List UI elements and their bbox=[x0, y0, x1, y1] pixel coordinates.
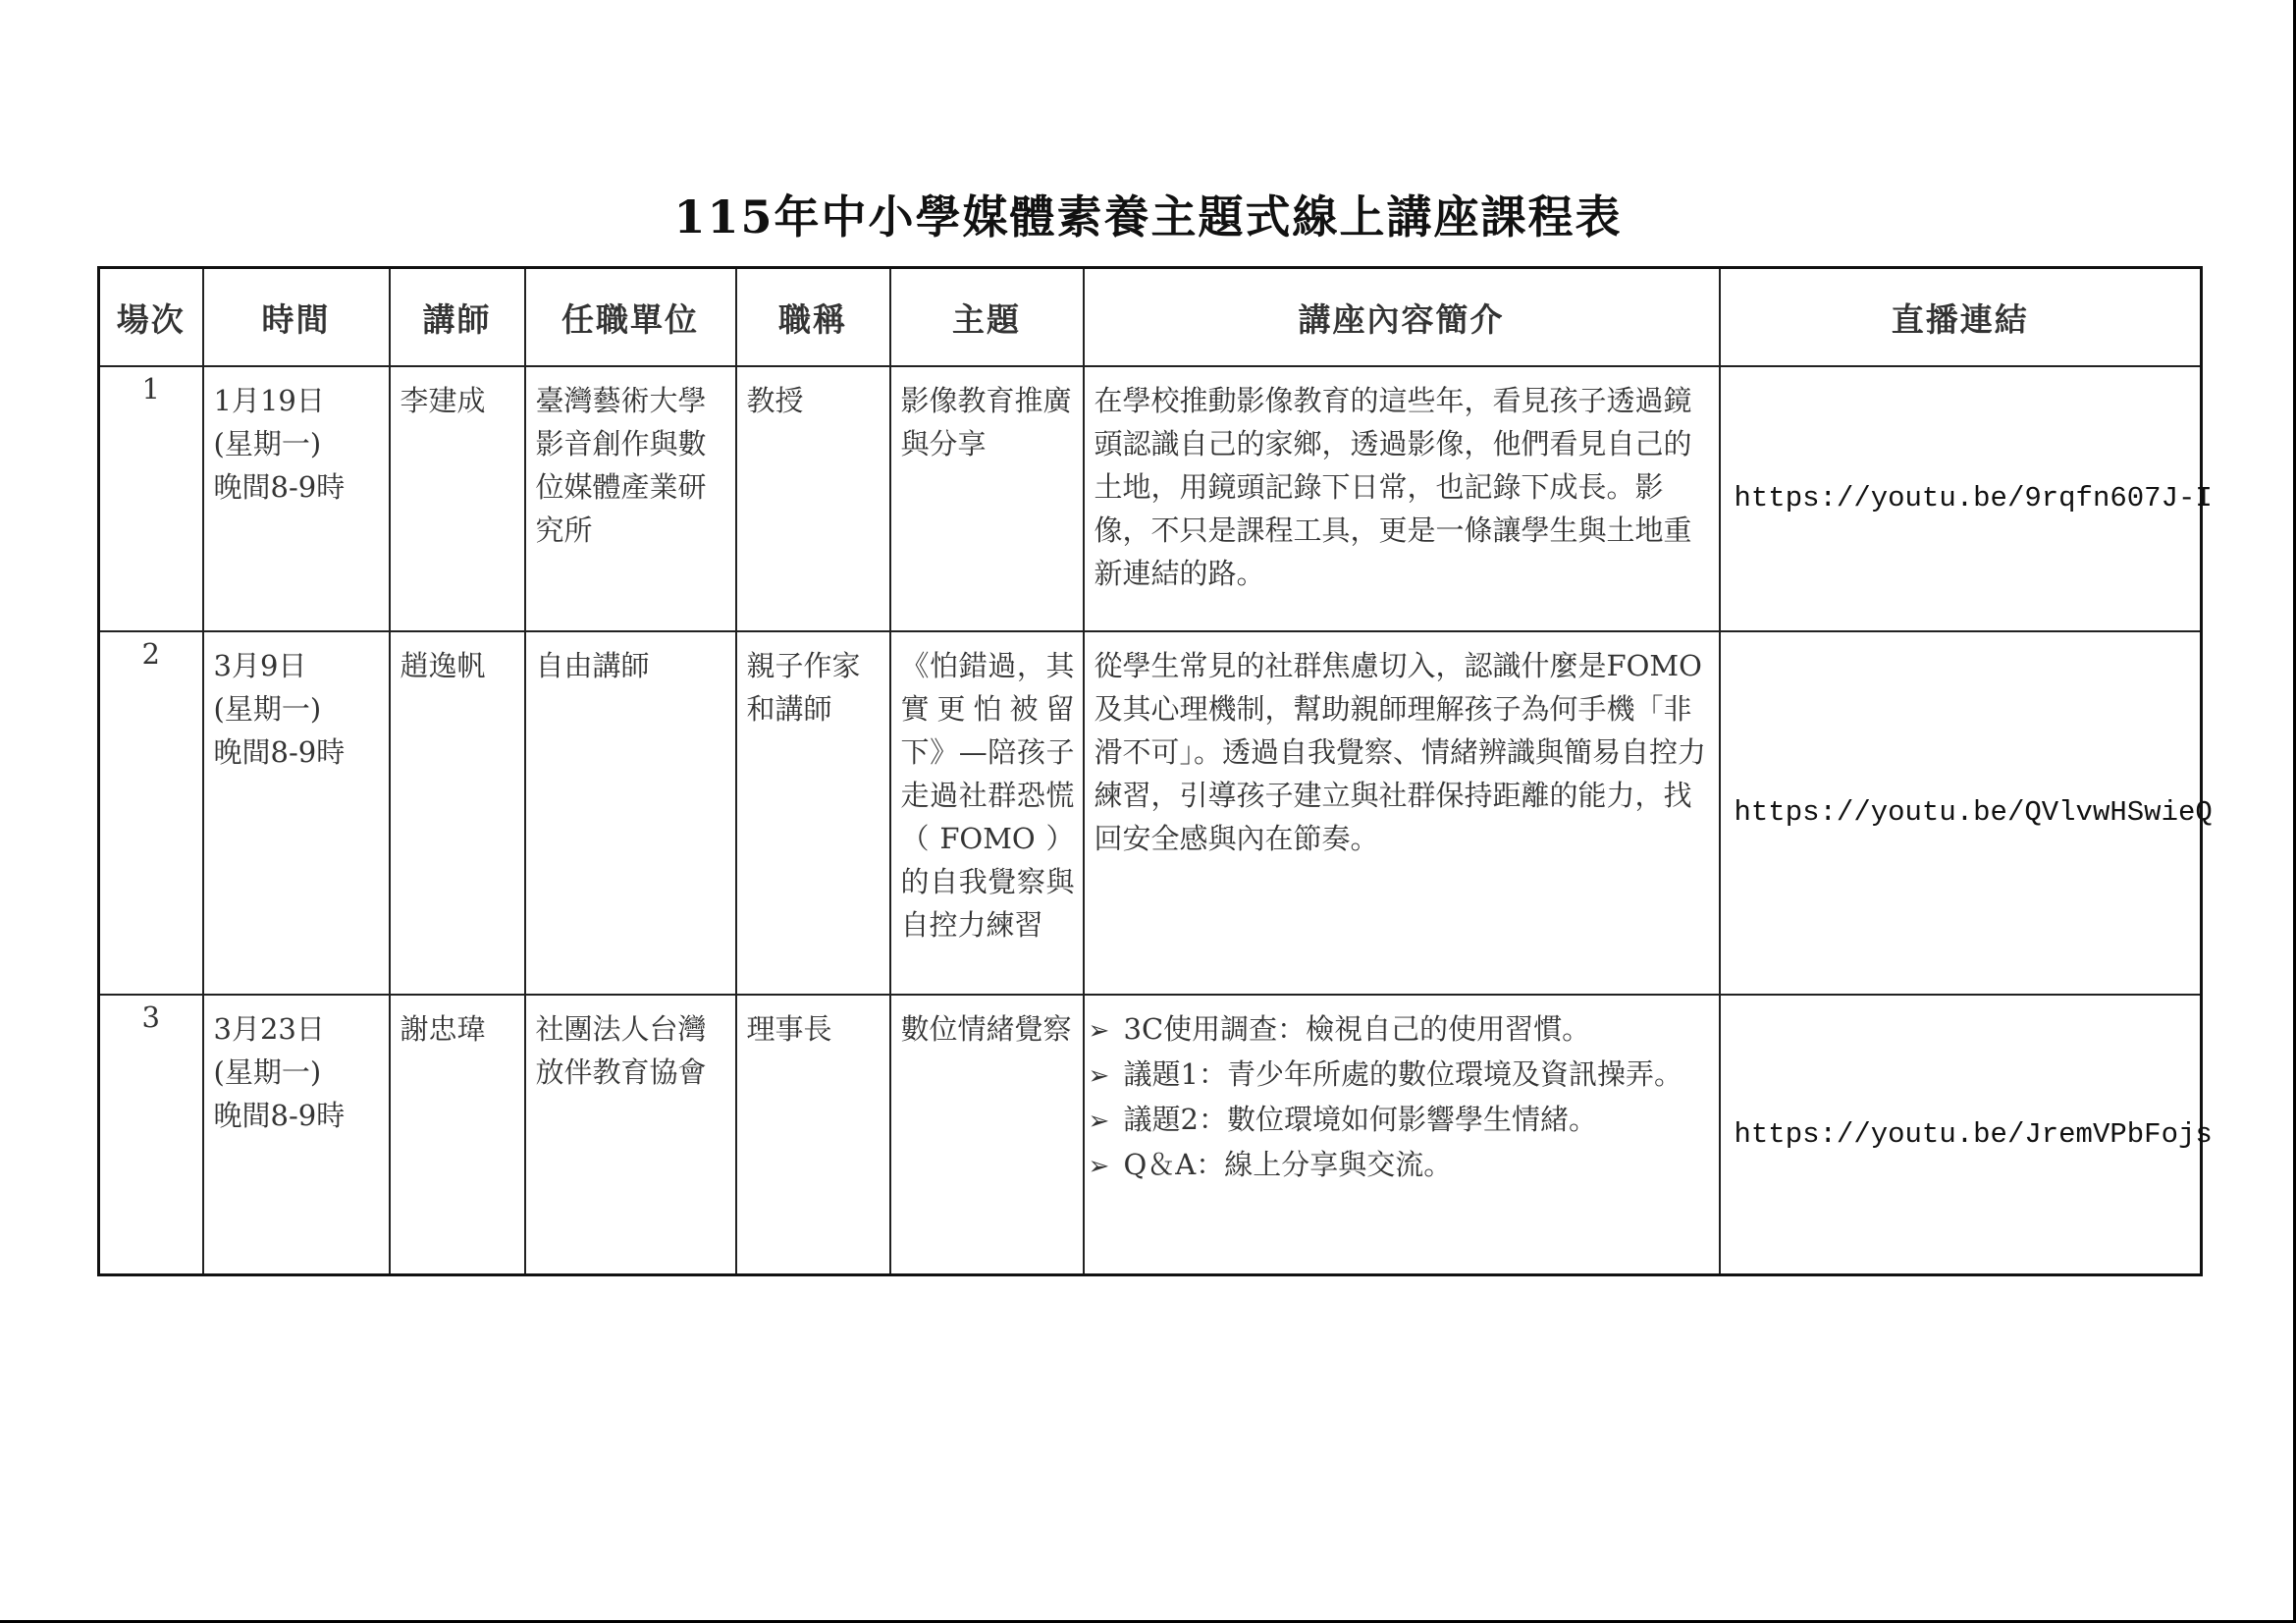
position-text: 教授 bbox=[737, 367, 889, 430]
document-title: 115年中小學媒體素養主題式線上講座課程表 bbox=[0, 188, 2296, 246]
speaker-name: 謝忠瑋 bbox=[390, 995, 525, 1275]
position-text: 親子作家和講師 bbox=[737, 632, 889, 738]
time-weekday: (星期一) bbox=[214, 1051, 381, 1094]
time-weekday: (星期一) bbox=[214, 422, 381, 465]
header-session: 場次 bbox=[99, 268, 203, 367]
time-hours: 晚間8-9時 bbox=[214, 730, 381, 774]
table-row: 2 3月9日 (星期一) 晚間8-9時 趙逸帆 自由講師 親子作家和講師 《怕錯… bbox=[99, 631, 2202, 995]
speaker-name-text: 謝忠瑋 bbox=[391, 996, 524, 1058]
bullet-text: Q＆A：線上分享與交流。 bbox=[1124, 1148, 1453, 1181]
speaker-position: 親子作家和講師 bbox=[736, 631, 890, 995]
bullet-text: 議題1：青少年所處的數位環境及資訊操弄。 bbox=[1124, 1057, 1682, 1091]
lecture-topic: 影像教育推廣與分享 bbox=[890, 366, 1084, 631]
time-weekday: (星期一) bbox=[214, 687, 381, 730]
session-number-text: 3 bbox=[142, 1001, 160, 1034]
lecture-description: 從學生常見的社群焦慮切入，認識什麼是FOMO 及其心理機制，幫助親師理解孩子為何… bbox=[1084, 631, 1720, 995]
header-speaker: 講師 bbox=[390, 268, 525, 367]
lecture-topic: 《怕錯過，其實更怕被留下》—陪孩子走過社群恐慌（FOMO）的自我覺察與自控力練習 bbox=[890, 631, 1084, 995]
description-bullet: ➢3C使用調查：檢視自己的使用習慣。 bbox=[1089, 1007, 1711, 1053]
session-time: 1月19日 (星期一) 晚間8-9時 bbox=[203, 366, 390, 631]
description-text: 在學校推動影像教育的這些年，看見孩子透過鏡頭認識自己的家鄉，透過影像，他們看見自… bbox=[1085, 367, 1719, 603]
description-bullet: ➢議題2：數位環境如何影響學生情緒。 bbox=[1089, 1098, 1711, 1143]
arrow-bullet-icon: ➢ bbox=[1089, 1145, 1124, 1188]
header-topic: 主題 bbox=[890, 268, 1084, 367]
description-bullet-list: ➢3C使用調查：檢視自己的使用習慣。 ➢議題1：青少年所處的數位環境及資訊操弄。… bbox=[1085, 996, 1719, 1196]
organization-text: 社團法人台灣放伴教育協會 bbox=[526, 996, 735, 1102]
time-date: 3月23日 bbox=[214, 1007, 381, 1051]
speaker-position: 理事長 bbox=[736, 995, 890, 1275]
session-number: 1 bbox=[99, 366, 203, 631]
header-position: 職稱 bbox=[736, 268, 890, 367]
topic-text: 數位情緒覺察 bbox=[891, 996, 1083, 1058]
live-stream-link[interactable]: https://youtu.be/QVlvwHSwieQ bbox=[1729, 791, 2213, 835]
session-number-text: 1 bbox=[142, 372, 160, 406]
speaker-name: 李建成 bbox=[390, 366, 525, 631]
lecture-description: 在學校推動影像教育的這些年，看見孩子透過鏡頭認識自己的家鄉，透過影像，他們看見自… bbox=[1084, 366, 1720, 631]
time-date: 1月19日 bbox=[214, 379, 381, 422]
table-row: 1 1月19日 (星期一) 晚間8-9時 李建成 臺灣藝術大學影音創作與數位媒體… bbox=[99, 366, 2202, 631]
topic-text: 影像教育推廣與分享 bbox=[891, 367, 1083, 473]
live-link-cell: https://youtu.be/QVlvwHSwieQ bbox=[1720, 631, 2202, 995]
speaker-organization: 社團法人台灣放伴教育協會 bbox=[525, 995, 736, 1275]
header-live-link: 直播連結 bbox=[1720, 268, 2202, 367]
session-number: 2 bbox=[99, 631, 203, 995]
topic-text: 《怕錯過，其實更怕被留下》—陪孩子走過社群恐慌（FOMO）的自我覺察與自控力練習 bbox=[891, 632, 1083, 954]
position-text: 理事長 bbox=[737, 996, 889, 1058]
arrow-bullet-icon: ➢ bbox=[1089, 1100, 1124, 1143]
speaker-name-text: 趙逸帆 bbox=[391, 632, 524, 695]
header-time: 時間 bbox=[203, 268, 390, 367]
organization-text: 自由講師 bbox=[526, 632, 735, 695]
live-link-cell: https://youtu.be/JremVPbFojs bbox=[1720, 995, 2202, 1275]
session-time: 3月9日 (星期一) 晚間8-9時 bbox=[203, 631, 390, 995]
table-row: 3 3月23日 (星期一) 晚間8-9時 謝忠瑋 社團法人台灣放伴教育協會 理事… bbox=[99, 995, 2202, 1275]
lecture-schedule-table: 場次 時間 講師 任職單位 職稱 主題 講座內容簡介 直播連結 1 1月19日 … bbox=[97, 266, 2203, 1276]
session-number: 3 bbox=[99, 995, 203, 1275]
description-bullet: ➢議題1：青少年所處的數位環境及資訊操弄。 bbox=[1089, 1053, 1711, 1098]
organization-text: 臺灣藝術大學影音創作與數位媒體產業研究所 bbox=[526, 367, 735, 560]
table-header-row: 場次 時間 講師 任職單位 職稱 主題 講座內容簡介 直播連結 bbox=[99, 268, 2202, 367]
session-number-text: 2 bbox=[142, 637, 160, 671]
time-date: 3月9日 bbox=[214, 644, 381, 687]
session-time: 3月23日 (星期一) 晚間8-9時 bbox=[203, 995, 390, 1275]
header-organization: 任職單位 bbox=[525, 268, 736, 367]
speaker-name: 趙逸帆 bbox=[390, 631, 525, 995]
description-text: 從學生常見的社群焦慮切入，認識什麼是FOMO 及其心理機制，幫助親師理解孩子為何… bbox=[1085, 632, 1719, 868]
arrow-bullet-icon: ➢ bbox=[1089, 1055, 1124, 1098]
header-description: 講座內容簡介 bbox=[1084, 268, 1720, 367]
speaker-organization: 自由講師 bbox=[525, 631, 736, 995]
live-stream-link[interactable]: https://youtu.be/9rqfn607J-I bbox=[1729, 477, 2213, 520]
lecture-topic: 數位情緒覺察 bbox=[890, 995, 1084, 1275]
live-link-cell: https://youtu.be/9rqfn607J-I bbox=[1720, 366, 2202, 631]
speaker-name-text: 李建成 bbox=[391, 367, 524, 430]
time-hours: 晚間8-9時 bbox=[214, 1094, 381, 1137]
description-bullet: ➢Q＆A：線上分享與交流。 bbox=[1089, 1143, 1711, 1188]
arrow-bullet-icon: ➢ bbox=[1089, 1009, 1124, 1053]
speaker-position: 教授 bbox=[736, 366, 890, 631]
time-hours: 晚間8-9時 bbox=[214, 465, 381, 509]
bullet-text: 3C使用調查：檢視自己的使用習慣。 bbox=[1124, 1012, 1591, 1046]
live-stream-link[interactable]: https://youtu.be/JremVPbFojs bbox=[1729, 1113, 2213, 1157]
speaker-organization: 臺灣藝術大學影音創作與數位媒體產業研究所 bbox=[525, 366, 736, 631]
lecture-description: ➢3C使用調查：檢視自己的使用習慣。 ➢議題1：青少年所處的數位環境及資訊操弄。… bbox=[1084, 995, 1720, 1275]
bullet-text: 議題2：數位環境如何影響學生情緒。 bbox=[1124, 1103, 1597, 1136]
